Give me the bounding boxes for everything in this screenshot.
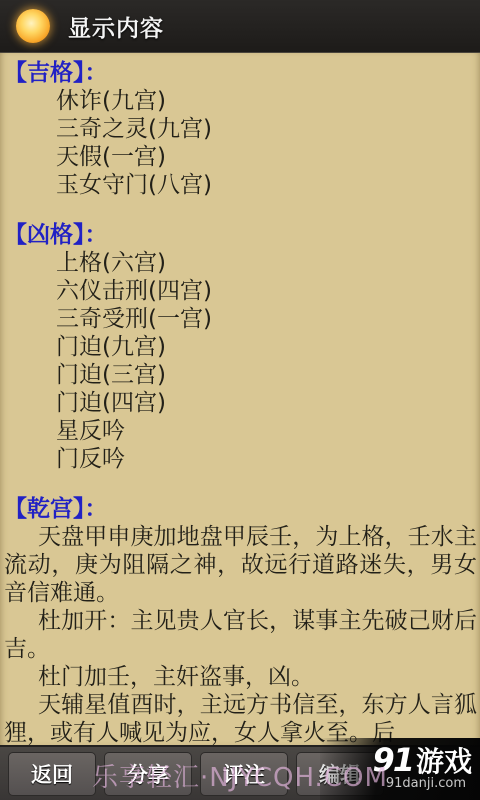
paragraph-text: 杜门加壬，主奸盗事，凶。 xyxy=(4,663,477,691)
section-heading: 【乾宫】： xyxy=(4,495,477,523)
paragraph-text: 天辅星值酉时，主远方书信至，东方人言狐狸，或有人喊见为应，女人拿火至。后 xyxy=(4,691,477,745)
comment-button[interactable]: 评注 xyxy=(200,752,288,796)
section-heading: 【凶格】： xyxy=(4,221,477,249)
list-item: 六仪击刑(四宫) xyxy=(4,277,477,305)
section: 【凶格】：上格(六宫)六仪击刑(四宫)三奇受刑(一宫)门迫(九宫)门迫(三宫)门… xyxy=(4,221,477,473)
section: 【吉格】：休诈(九宫)三奇之灵(九宫)天假(一宫)玉女守门(八宫) xyxy=(4,59,477,199)
list-item: 星反吟 xyxy=(4,417,477,445)
section: 【乾宫】：天盘甲申庚加地盘甲辰壬，为上格，壬水主流动，庚为阻隔之神，故远行道路迷… xyxy=(4,495,477,745)
paragraph-text: 天盘甲申庚加地盘甲辰壬，为上格，壬水主流动，庚为阻隔之神，故远行道路迷失，男女音… xyxy=(4,523,477,607)
title-bar: 显示内容 xyxy=(0,0,480,53)
list-item: 三奇受刑(一宫) xyxy=(4,305,477,333)
list-item: 上格(六宫) xyxy=(4,249,477,277)
bottom-toolbar: 返回分享评注编辑 xyxy=(0,745,480,800)
section-heading: 【吉格】： xyxy=(4,59,477,87)
share-button[interactable]: 分享 xyxy=(104,752,192,796)
list-item: 三奇之灵(九宫) xyxy=(4,115,477,143)
page-title: 显示内容 xyxy=(68,10,164,43)
sun-icon xyxy=(16,9,50,43)
list-item: 天假(一宫) xyxy=(4,143,477,171)
edit-button[interactable]: 编辑 xyxy=(296,752,384,796)
back-button[interactable]: 返回 xyxy=(8,752,96,796)
content-scroll-area[interactable]: 【吉格】：休诈(九宫)三奇之灵(九宫)天假(一宫)玉女守门(八宫)【凶格】：上格… xyxy=(0,53,480,745)
list-item: 门迫(三宫) xyxy=(4,361,477,389)
app-screen: 显示内容 【吉格】：休诈(九宫)三奇之灵(九宫)天假(一宫)玉女守门(八宫)【凶… xyxy=(0,0,480,800)
paragraph-text: 杜加开：主见贵人官长，谋事主先破己财后吉。 xyxy=(4,607,477,663)
list-item: 休诈(九宫) xyxy=(4,87,477,115)
list-item: 门反吟 xyxy=(4,445,477,473)
list-item: 门迫(四宫) xyxy=(4,389,477,417)
list-item: 玉女守门(八宫) xyxy=(4,171,477,199)
list-item: 门迫(九宫) xyxy=(4,333,477,361)
